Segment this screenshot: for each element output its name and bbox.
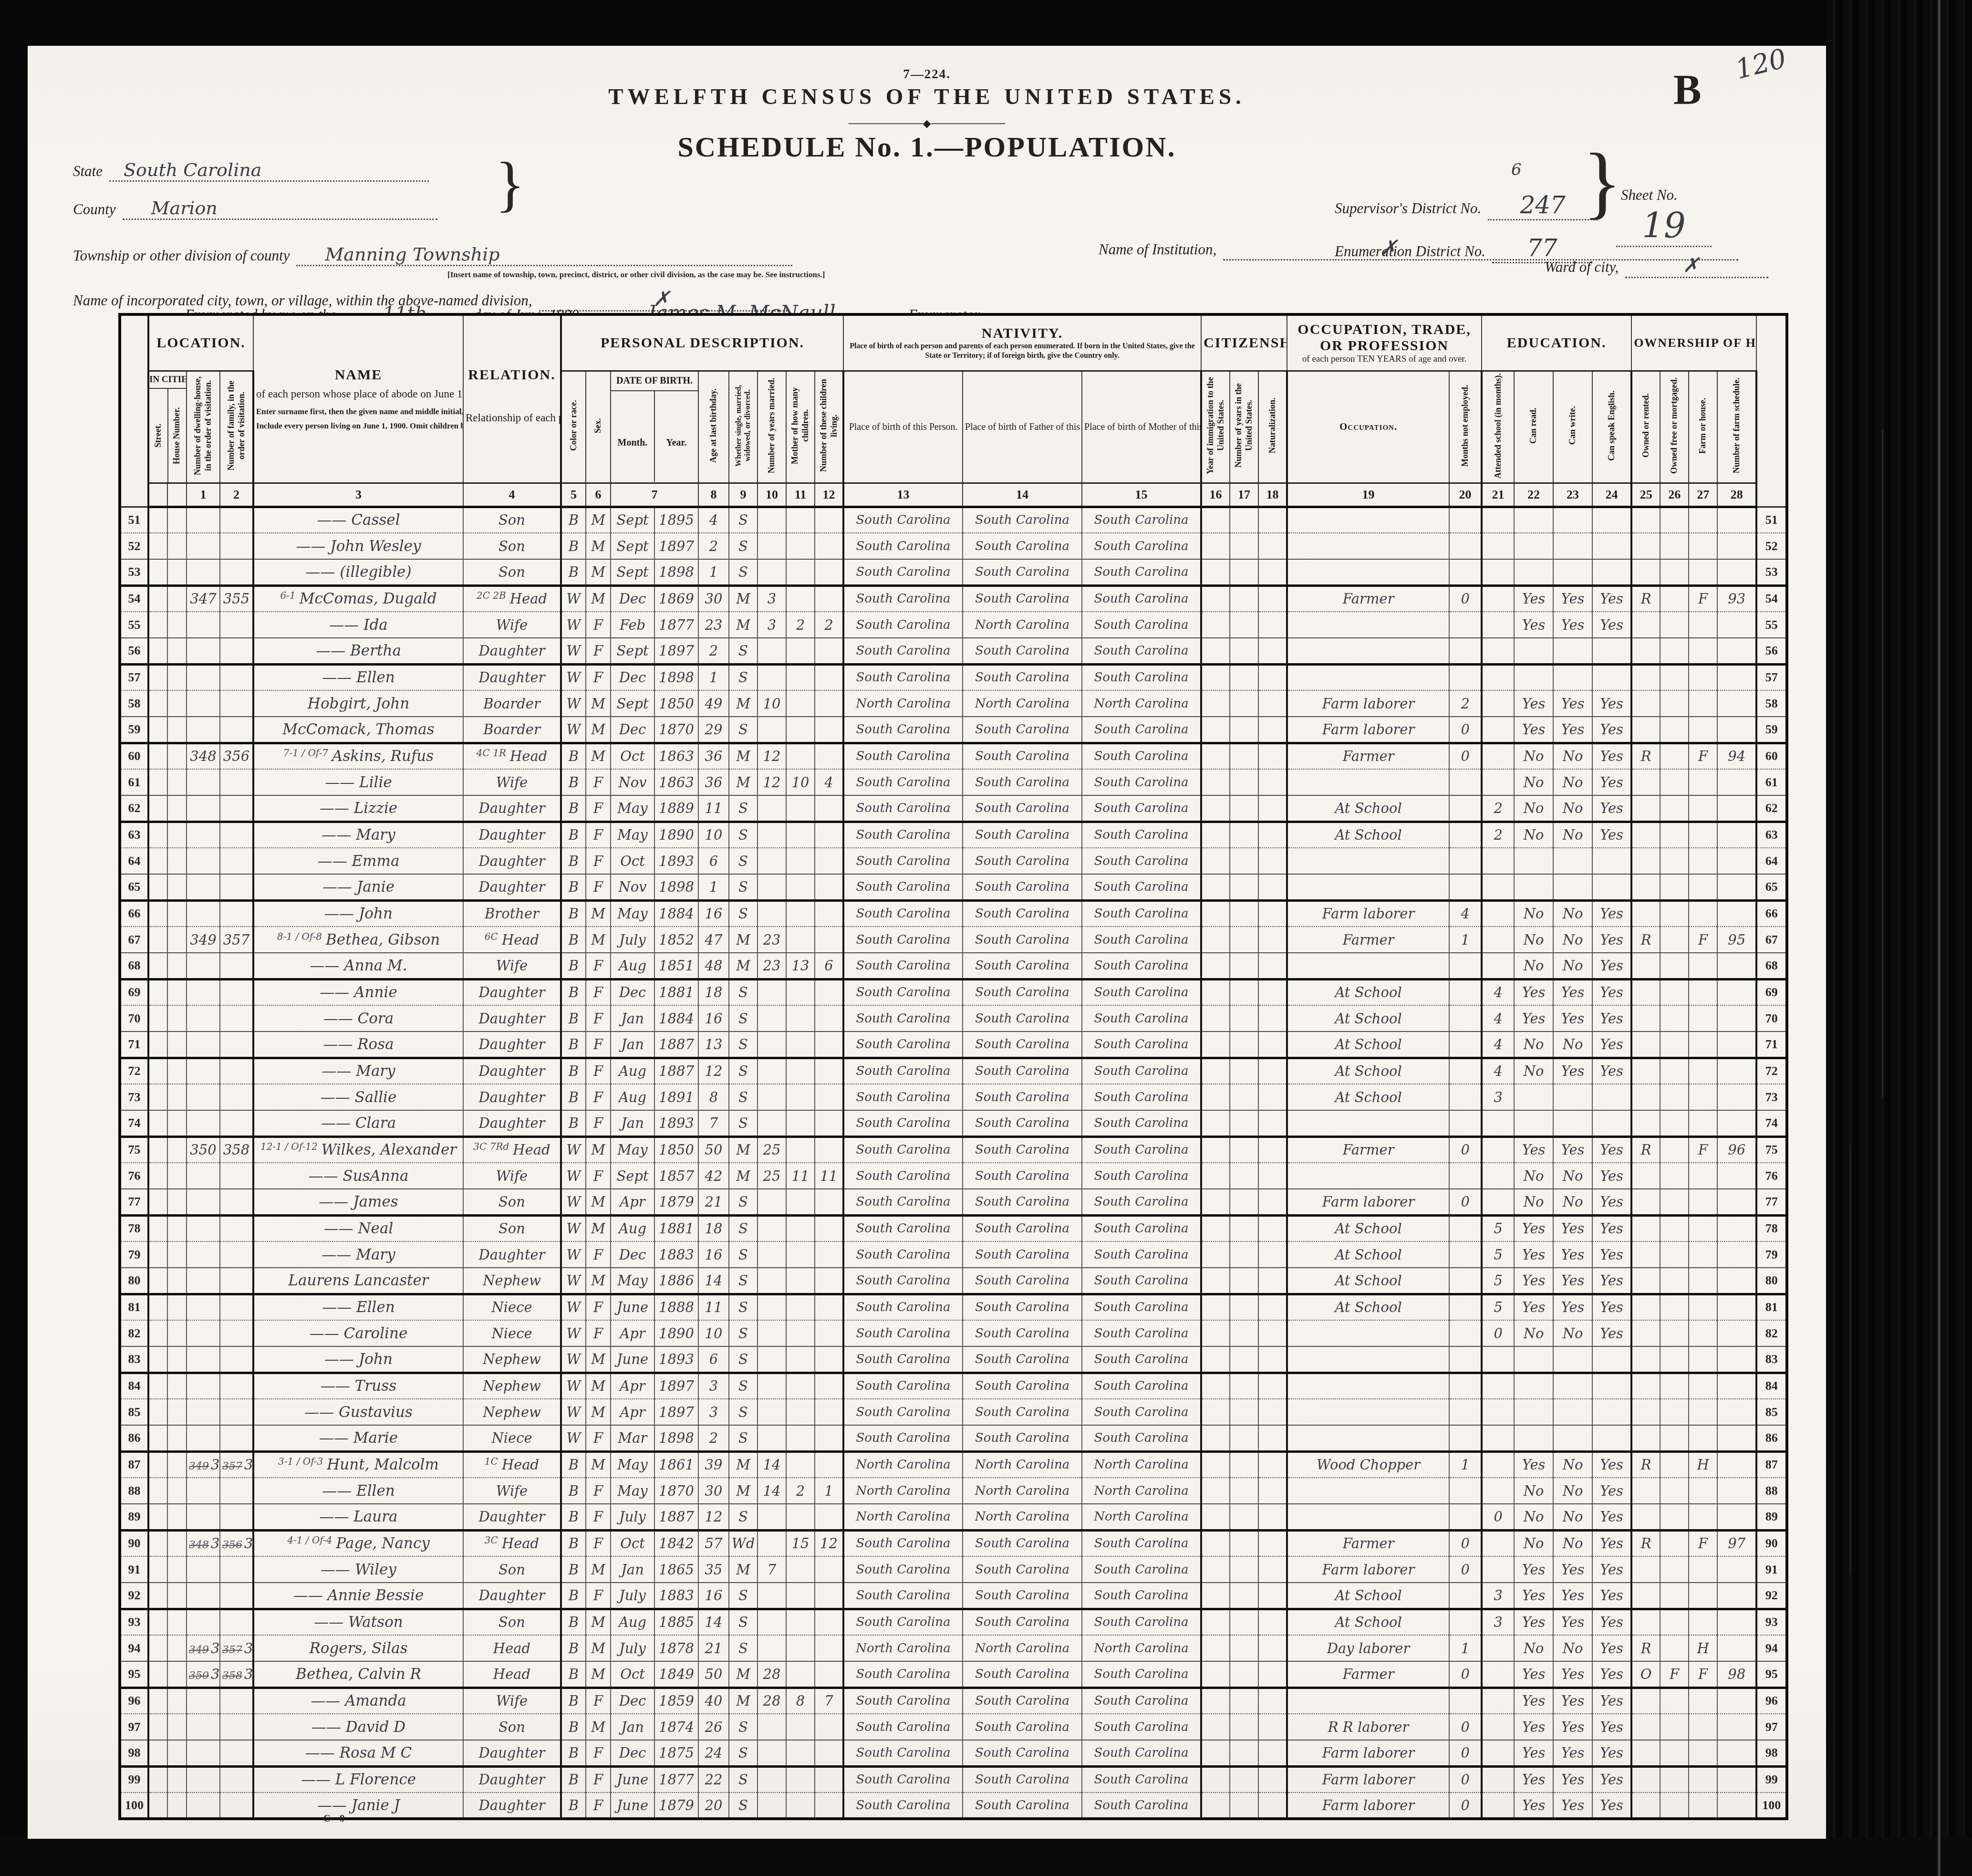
farm-schedule-cell: 97 bbox=[1717, 1530, 1756, 1556]
children-living-cell: 4 bbox=[815, 769, 843, 795]
census-row: 66—— JohnBrotherBMMay188416SSouth Caroli… bbox=[120, 900, 1787, 927]
years-married-cell: 28 bbox=[758, 1661, 786, 1688]
line-number-left-cell: 81 bbox=[120, 1294, 148, 1320]
birthplace-person-cell: South Carolina bbox=[843, 585, 963, 612]
family-number-cell: 357 bbox=[220, 927, 253, 953]
color-race-cell: B bbox=[561, 1556, 586, 1583]
farm-schedule-cell bbox=[1717, 1320, 1756, 1346]
immigration-year-cell bbox=[1201, 874, 1230, 900]
birth-year-cell: 1897 bbox=[654, 1373, 698, 1399]
sex-cell: F bbox=[586, 1294, 611, 1320]
years-married-cell: 3 bbox=[758, 612, 786, 638]
free-mortgaged-cell bbox=[1660, 743, 1689, 769]
color-race-cell: B bbox=[561, 743, 586, 769]
dwelling-number-cell: 349353 bbox=[187, 1635, 220, 1661]
color-race-cell: B bbox=[561, 1058, 586, 1084]
naturalization-cell bbox=[1258, 1346, 1287, 1373]
line-number-left-cell: 58 bbox=[120, 690, 148, 717]
immigration-year-cell bbox=[1201, 1740, 1230, 1766]
line-number-right-cell: 95 bbox=[1756, 1661, 1787, 1688]
children-living-cell bbox=[815, 507, 843, 533]
attended-school-cell bbox=[1482, 743, 1514, 769]
enumerator-annotation: 6C bbox=[485, 931, 498, 942]
color-race-cell: B bbox=[561, 848, 586, 874]
occupation-cell: At School bbox=[1287, 1058, 1449, 1084]
birthplace-mother-cell: South Carolina bbox=[1082, 1032, 1201, 1058]
column-number-cell: 20 bbox=[1449, 483, 1482, 507]
enumerator-annotation: 4C 1R bbox=[477, 747, 506, 759]
line-number-left-cell: 91 bbox=[120, 1556, 148, 1583]
sex-cell: F bbox=[586, 848, 611, 874]
immigration-year-cell bbox=[1201, 1189, 1230, 1215]
census-row: 85—— GustaviusNephewWMApr18973SSouth Car… bbox=[120, 1399, 1787, 1425]
attended-school-cell bbox=[1482, 1346, 1514, 1373]
years-married-cell bbox=[758, 1268, 786, 1294]
house-number-cell bbox=[167, 1346, 187, 1373]
house-number-cell bbox=[167, 1793, 187, 1819]
farm-schedule-cell bbox=[1717, 769, 1756, 795]
can-write-cell bbox=[1553, 1373, 1592, 1399]
can-speak-english-cell: Yes bbox=[1592, 1189, 1631, 1215]
line-number-left-cell: 95 bbox=[120, 1661, 148, 1688]
street-cell bbox=[148, 1189, 167, 1215]
birthplace-father-cell: South Carolina bbox=[963, 1425, 1082, 1451]
mother-of-children-cell: 8 bbox=[786, 1688, 815, 1714]
years-married-label: Number of years married. bbox=[767, 372, 777, 479]
sex-cell: M bbox=[586, 1661, 611, 1688]
immigration-year-cell bbox=[1201, 1346, 1230, 1373]
person-name-cell: —— Sallie bbox=[253, 1084, 463, 1110]
can-write-cell: No bbox=[1553, 1478, 1592, 1504]
can-read-cell: No bbox=[1514, 769, 1553, 795]
immigration-year-cell bbox=[1201, 1268, 1230, 1294]
birth-month-cell: May bbox=[611, 1478, 654, 1504]
years-in-us-cell bbox=[1230, 1294, 1258, 1320]
relation-cell: Daughter bbox=[463, 1793, 561, 1819]
children-living-label: Number of these children living. bbox=[819, 372, 839, 479]
color-race-cell: B bbox=[561, 1609, 586, 1635]
farm-house-cell bbox=[1689, 638, 1717, 664]
house-number-cell bbox=[167, 1714, 187, 1740]
immigration-year-cell bbox=[1201, 979, 1230, 1005]
line-number-right-cell: 60 bbox=[1756, 743, 1787, 769]
occupation-cell: Day laborer bbox=[1287, 1635, 1449, 1661]
birthplace-person-cell: South Carolina bbox=[843, 1793, 963, 1819]
farm-schedule-cell bbox=[1717, 1163, 1756, 1189]
birthplace-person-cell: South Carolina bbox=[843, 795, 963, 822]
person-name-cell: —— Watson bbox=[253, 1609, 463, 1635]
marital-status-cell: M bbox=[729, 769, 758, 795]
attended-school-cell bbox=[1482, 900, 1514, 927]
farm-house-cell bbox=[1689, 664, 1717, 690]
farm-house-cell bbox=[1689, 1189, 1717, 1215]
attended-school-cell bbox=[1482, 1635, 1514, 1661]
line-number-left-cell: 73 bbox=[120, 1084, 148, 1110]
years-married-cell bbox=[758, 664, 786, 690]
years-married-cell: 12 bbox=[758, 743, 786, 769]
relation-cell: Son bbox=[463, 533, 561, 559]
color-race-cell: B bbox=[561, 1766, 586, 1793]
years-in-us-cell bbox=[1230, 1189, 1258, 1215]
can-speak-english-cell: Yes bbox=[1592, 1478, 1631, 1504]
dwelling-number-cell bbox=[187, 507, 220, 533]
free-mortgaged-cell bbox=[1660, 559, 1689, 585]
birthplace-mother-cell: South Carolina bbox=[1082, 1530, 1201, 1556]
street-cell bbox=[148, 1635, 167, 1661]
occupation-cell: At School bbox=[1287, 1294, 1449, 1320]
line-number-right-cell: 92 bbox=[1756, 1583, 1787, 1609]
occupation-cell bbox=[1287, 1504, 1449, 1530]
occupation-cell: Farm laborer bbox=[1287, 1793, 1449, 1819]
street-cell bbox=[148, 927, 167, 953]
age-cell: 23 bbox=[698, 612, 729, 638]
farm-schedule-cell: 98 bbox=[1717, 1661, 1756, 1688]
line-number-right-cell: 62 bbox=[1756, 795, 1787, 822]
years-married-cell bbox=[758, 1110, 786, 1136]
months-not-employed-cell: 0 bbox=[1449, 1793, 1482, 1819]
relation-cell: 3CHead bbox=[463, 1530, 561, 1556]
children-living-cell: 2 bbox=[815, 612, 843, 638]
free-mortgaged-cell bbox=[1660, 1451, 1689, 1478]
street-cell bbox=[148, 1346, 167, 1373]
farm-schedule-cell bbox=[1717, 1399, 1756, 1425]
farm-house-cell: H bbox=[1689, 1635, 1717, 1661]
column-number-cell: 7 bbox=[611, 483, 698, 507]
occupation-cell: Farm laborer bbox=[1287, 717, 1449, 743]
line-number-right-cell: 58 bbox=[1756, 690, 1787, 717]
occupation-cell: Farmer bbox=[1287, 927, 1449, 953]
can-speak-english-cell: Yes bbox=[1592, 1793, 1631, 1819]
birth-year-cell: 1898 bbox=[654, 874, 698, 900]
mother-of-children-cell: 11 bbox=[786, 1163, 815, 1189]
street-cell bbox=[148, 1688, 167, 1714]
mother-of-children-cell bbox=[786, 1110, 815, 1136]
color-race-cell: W bbox=[561, 1373, 586, 1399]
birthplace-person-cell: South Carolina bbox=[843, 769, 963, 795]
nativity-group-header: NATIVITY. Place of birth of each person … bbox=[843, 314, 1201, 371]
line-number-left-cell: 57 bbox=[120, 664, 148, 690]
farm-schedule-cell: 93 bbox=[1717, 585, 1756, 612]
person-name-cell: —— John Wesley bbox=[253, 533, 463, 559]
attended-school-cell bbox=[1482, 507, 1514, 533]
attended-school-cell bbox=[1482, 1163, 1514, 1189]
birth-year-cell: 1887 bbox=[654, 1058, 698, 1084]
person-name-cell: —— Clara bbox=[253, 1110, 463, 1136]
naturalization-cell bbox=[1258, 1661, 1287, 1688]
years-in-us-cell bbox=[1230, 1084, 1258, 1110]
sex-cell: M bbox=[586, 1215, 611, 1241]
dwelling-number-cell bbox=[187, 848, 220, 874]
dwelling-number-cell bbox=[187, 1215, 220, 1241]
line-number-left-cell: 70 bbox=[120, 1005, 148, 1032]
marital-status-cell: Wd bbox=[729, 1530, 758, 1556]
birthplace-father-cell: South Carolina bbox=[963, 927, 1082, 953]
line-number-right-cell: 96 bbox=[1756, 1688, 1787, 1714]
census-row: 71—— RosaDaughterBFJan188713SSouth Carol… bbox=[120, 1032, 1787, 1058]
owned-rented-cell bbox=[1631, 795, 1660, 822]
years-in-us-cell bbox=[1230, 612, 1258, 638]
census-row: 57—— EllenDaughterWFDec18981SSouth Carol… bbox=[120, 664, 1787, 690]
children-living-cell bbox=[815, 927, 843, 953]
birthplace-father-cell: South Carolina bbox=[963, 638, 1082, 664]
census-row: 903483523563604-1 / Of-4Page, Nancy3CHea… bbox=[120, 1530, 1787, 1556]
months-not-employed-cell bbox=[1449, 507, 1482, 533]
children-living-cell bbox=[815, 1005, 843, 1032]
birthplace-person-cell: South Carolina bbox=[843, 953, 963, 979]
house-number-cell bbox=[167, 1241, 187, 1268]
census-row: 64—— EmmaDaughterBFOct18936SSouth Caroli… bbox=[120, 848, 1787, 874]
census-row: 53—— (illegible)SonBMSept18981SSouth Car… bbox=[120, 559, 1787, 585]
age-cell: 16 bbox=[698, 1241, 729, 1268]
birth-month-cell: May bbox=[611, 1268, 654, 1294]
months-not-employed-cell bbox=[1449, 1609, 1482, 1635]
birthplace-father-cell: North Carolina bbox=[963, 1478, 1082, 1504]
months-not-employed-cell bbox=[1449, 533, 1482, 559]
years-married-cell bbox=[758, 848, 786, 874]
line-number-right-cell: 52 bbox=[1756, 533, 1787, 559]
can-speak-english-cell: Yes bbox=[1592, 743, 1631, 769]
line-number-right-cell: 64 bbox=[1756, 848, 1787, 874]
house-number-cell bbox=[167, 743, 187, 769]
owned-rented-cell: R bbox=[1631, 585, 1660, 612]
street-cell bbox=[148, 1451, 167, 1478]
marital-status-cell: S bbox=[729, 1793, 758, 1819]
can-read-cell: No bbox=[1514, 1635, 1553, 1661]
months-not-employed-cell bbox=[1449, 1504, 1482, 1530]
relation-cell: 6CHead bbox=[463, 927, 561, 953]
children-living-cell bbox=[815, 638, 843, 664]
census-row: 603483567-1 / Of-7Askins, Rufus4C 1RHead… bbox=[120, 743, 1787, 769]
color-race-cell: B bbox=[561, 1740, 586, 1766]
color-race-cell: W bbox=[561, 1136, 586, 1163]
can-speak-english-cell bbox=[1592, 1425, 1631, 1451]
line-number-left-cell: 75 bbox=[120, 1136, 148, 1163]
free-mortgaged-cell bbox=[1660, 1399, 1689, 1425]
farm-house-cell bbox=[1689, 1084, 1717, 1110]
line-number-left-cell: 98 bbox=[120, 1740, 148, 1766]
months-not-employed-cell bbox=[1449, 848, 1482, 874]
line-number-left-cell: 99 bbox=[120, 1766, 148, 1793]
sex-cell: M bbox=[586, 1399, 611, 1425]
can-read-cell: No bbox=[1514, 1320, 1553, 1346]
years-in-us-cell bbox=[1230, 953, 1258, 979]
years-in-us-cell bbox=[1230, 927, 1258, 953]
line-number-right-cell: 91 bbox=[1756, 1556, 1787, 1583]
birth-year-cell: 1879 bbox=[654, 1189, 698, 1215]
mother-of-children-cell bbox=[786, 690, 815, 717]
naturalization-cell bbox=[1258, 1425, 1287, 1451]
house-number-cell bbox=[167, 1583, 187, 1609]
attended-school-cell: 0 bbox=[1482, 1320, 1514, 1346]
marital-status-cell: S bbox=[729, 822, 758, 848]
birthplace-mother-cell: South Carolina bbox=[1082, 1556, 1201, 1583]
attended-school-cell bbox=[1482, 874, 1514, 900]
enumerator-annotation: 4-1 / Of-4 bbox=[287, 1534, 332, 1546]
can-write-cell: No bbox=[1553, 900, 1592, 927]
free-mortgaged-cell bbox=[1660, 1268, 1689, 1294]
children-living-column-header: Number of these children living. bbox=[815, 371, 843, 483]
birthplace-person-cell: South Carolina bbox=[843, 507, 963, 533]
house-number-cell bbox=[167, 690, 187, 717]
marital-status-cell: S bbox=[729, 1320, 758, 1346]
family-number-cell bbox=[220, 612, 253, 638]
sex-cell: F bbox=[586, 1766, 611, 1793]
marital-status-cell: S bbox=[729, 717, 758, 743]
street-cell bbox=[148, 1032, 167, 1058]
color-race-cell: B bbox=[561, 1583, 586, 1609]
birthplace-person-cell: South Carolina bbox=[843, 1320, 963, 1346]
census-row: 543473556-1McComas, Dugald2C 2BHeadWMDec… bbox=[120, 585, 1787, 612]
naturalization-cell bbox=[1258, 822, 1287, 848]
children-living-cell bbox=[815, 1504, 843, 1530]
can-speak-english-cell: Yes bbox=[1592, 1058, 1631, 1084]
years-married-cell bbox=[758, 979, 786, 1005]
relation-line1: Relationship of each person to the head … bbox=[466, 412, 558, 424]
family-number-cell bbox=[220, 1110, 253, 1136]
months-not-employed-cell bbox=[1449, 664, 1482, 690]
house-number-cell bbox=[167, 507, 187, 533]
birthplace-mother-cell: South Carolina bbox=[1082, 822, 1201, 848]
months-not-employed-cell: 0 bbox=[1449, 717, 1482, 743]
family-number-cell bbox=[220, 1793, 253, 1819]
free-mortgaged-cell bbox=[1660, 1241, 1689, 1268]
age-cell: 16 bbox=[698, 1005, 729, 1032]
line-number-right-cell: 99 bbox=[1756, 1766, 1787, 1793]
birthplace-mother-cell: South Carolina bbox=[1082, 1583, 1201, 1609]
sex-cell: F bbox=[586, 1793, 611, 1819]
line-number-left-cell: 69 bbox=[120, 979, 148, 1005]
free-mortgaged-cell bbox=[1660, 795, 1689, 822]
color-race-cell: B bbox=[561, 1688, 586, 1714]
person-name-cell: —— Ida bbox=[253, 612, 463, 638]
can-read-cell: No bbox=[1514, 743, 1553, 769]
children-living-cell: 1 bbox=[815, 1478, 843, 1504]
children-living-cell bbox=[815, 743, 843, 769]
census-row: 76—— SusAnnaWifeWFSept185742M251111South… bbox=[120, 1163, 1787, 1189]
years-in-us-cell bbox=[1230, 690, 1258, 717]
immigration-year-cell bbox=[1201, 900, 1230, 927]
birth-month-cell: Aug bbox=[611, 953, 654, 979]
birth-year-label: Year. bbox=[655, 391, 698, 482]
years-married-cell bbox=[758, 638, 786, 664]
line-number-left-cell: 62 bbox=[120, 795, 148, 822]
mother-of-children-cell bbox=[786, 664, 815, 690]
birth-year-cell: 1850 bbox=[654, 690, 698, 717]
line-number-right-cell: 82 bbox=[1756, 1320, 1787, 1346]
farm-schedule-cell bbox=[1717, 1346, 1756, 1373]
family-number-cell bbox=[220, 1005, 253, 1032]
enumerator-annotation: 3C bbox=[485, 1534, 498, 1546]
dwelling-number-cell bbox=[187, 1425, 220, 1451]
enumerator-annotation: 2C 2B bbox=[477, 590, 506, 601]
birthplace-mother-cell: South Carolina bbox=[1082, 848, 1201, 874]
mother-of-children-cell bbox=[786, 1346, 815, 1373]
house-number-cell bbox=[167, 1530, 187, 1556]
children-living-cell bbox=[815, 1058, 843, 1084]
township-note: [Insert name of township, town, precinct… bbox=[447, 270, 825, 280]
street-cell bbox=[148, 1268, 167, 1294]
relation-cell: Daughter bbox=[463, 874, 561, 900]
years-in-us-cell bbox=[1230, 1688, 1258, 1714]
children-living-cell bbox=[815, 1032, 843, 1058]
attended-school-cell bbox=[1482, 1740, 1514, 1766]
person-name-cell: —— (illegible) bbox=[253, 559, 463, 585]
years-married-cell bbox=[758, 1215, 786, 1241]
birth-year-cell: 1881 bbox=[654, 979, 698, 1005]
census-row: 84—— TrussNephewWMApr18973SSouth Carolin… bbox=[120, 1373, 1787, 1399]
birthplace-father-cell: South Carolina bbox=[963, 769, 1082, 795]
attended-school-cell bbox=[1482, 927, 1514, 953]
naturalization-cell bbox=[1258, 507, 1287, 533]
dwelling-number-cell bbox=[187, 1583, 220, 1609]
line-number-left-cell: 72 bbox=[120, 1058, 148, 1084]
dwelling-number-cell bbox=[187, 664, 220, 690]
color-race-cell: W bbox=[561, 612, 586, 638]
owned-rented-column-header: Owned or rented. bbox=[1631, 371, 1660, 483]
relation-cell: Nephew bbox=[463, 1268, 561, 1294]
relation-cell: Wife bbox=[463, 1163, 561, 1189]
street-cell bbox=[148, 1058, 167, 1084]
can-speak-english-cell bbox=[1592, 874, 1631, 900]
birth-year-cell: 1898 bbox=[654, 664, 698, 690]
street-cell bbox=[148, 1215, 167, 1241]
occupation-cell bbox=[1287, 507, 1449, 533]
owned-rented-cell: R bbox=[1631, 1451, 1660, 1478]
years-in-us-cell bbox=[1230, 848, 1258, 874]
supervisor-district-label: Supervisor's District No. bbox=[1335, 200, 1481, 217]
person-name-cell: —— Wiley bbox=[253, 1556, 463, 1583]
months-not-employed-cell: 0 bbox=[1449, 1189, 1482, 1215]
mother-of-children-cell bbox=[786, 533, 815, 559]
immigration-year-cell bbox=[1201, 1451, 1230, 1478]
can-read-cell bbox=[1514, 638, 1553, 664]
occupation-cell: At School bbox=[1287, 979, 1449, 1005]
house-number-cell bbox=[167, 953, 187, 979]
sex-cell: F bbox=[586, 664, 611, 690]
can-write-cell: Yes bbox=[1553, 1714, 1592, 1740]
months-not-employed-cell bbox=[1449, 795, 1482, 822]
dwelling-number-cell bbox=[187, 1032, 220, 1058]
birth-year-cell: 1863 bbox=[654, 769, 698, 795]
can-speak-english-cell: Yes bbox=[1592, 1241, 1631, 1268]
can-read-cell: No bbox=[1514, 1189, 1553, 1215]
years-in-us-cell bbox=[1230, 1058, 1258, 1084]
relation-cell: Daughter bbox=[463, 664, 561, 690]
mother-of-children-cell bbox=[786, 1268, 815, 1294]
birth-year-cell: 1851 bbox=[654, 953, 698, 979]
farm-schedule-cell: 95 bbox=[1717, 927, 1756, 953]
mother-of-label: Mother of how many children. bbox=[790, 372, 810, 479]
column-number-cell: 28 bbox=[1717, 483, 1756, 507]
birthplace-mother-cell: South Carolina bbox=[1082, 1688, 1201, 1714]
house-number-cell bbox=[167, 533, 187, 559]
marital-status-cell: M bbox=[729, 1661, 758, 1688]
color-race-cell: B bbox=[561, 1451, 586, 1478]
relation-cell: Wife bbox=[463, 612, 561, 638]
can-read-cell: Yes bbox=[1514, 612, 1553, 638]
attended-school-cell bbox=[1482, 1189, 1514, 1215]
house-number-cell bbox=[167, 664, 187, 690]
can-read-cell bbox=[1514, 1110, 1553, 1136]
owned-rented-cell bbox=[1631, 1320, 1660, 1346]
owned-rented-cell bbox=[1631, 1294, 1660, 1320]
age-cell: 20 bbox=[698, 1793, 729, 1819]
farm-house-cell: F bbox=[1689, 743, 1717, 769]
dwelling-number-cell bbox=[187, 1373, 220, 1399]
street-cell bbox=[148, 1714, 167, 1740]
census-row: 69—— AnnieDaughterBFDec188118SSouth Caro… bbox=[120, 979, 1787, 1005]
owned-rented-cell bbox=[1631, 822, 1660, 848]
